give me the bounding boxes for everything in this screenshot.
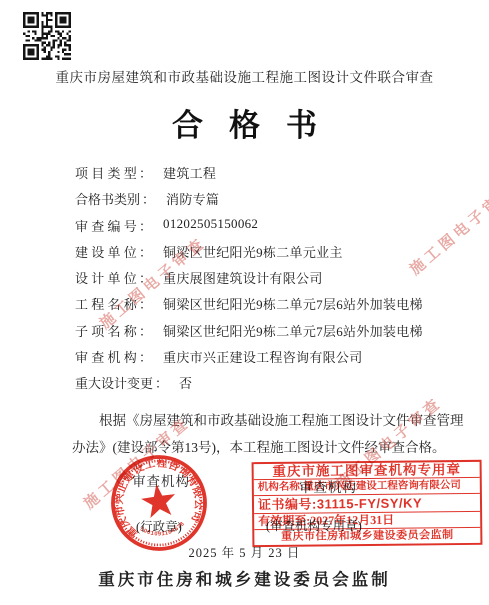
field-value: 消防专篇 — [166, 189, 219, 208]
field-row-subitem-name: 子 项 名 称： 铜梁区世纪阳光9栋二单元7层6站外加装电梯 — [75, 321, 475, 347]
field-colon: ： — [139, 163, 152, 182]
document-title: 重庆市房屋建筑和市政基础设施工程施工图设计文件联合审查 — [0, 66, 489, 86]
certificate-page: 重庆市房屋建筑和市政基础设施工程施工图设计文件联合审查 合格书 项 目 类 型：… — [0, 0, 489, 605]
certificate-title: 合格书 — [0, 100, 489, 145]
stamp-issuer: 重庆市住房和城乡建设委员会监制 — [254, 526, 480, 544]
field-value: 铜梁区世纪阳光9栋二单元7层6站外加装电梯 — [163, 321, 423, 340]
round-company-seal: 重庆市兴正建设工程咨询有限公司 5001091184678 — [102, 446, 215, 561]
footer-issuer: 重庆市住房和城乡建设委员会监制 — [0, 566, 489, 590]
field-colon: ： — [139, 242, 152, 261]
svg-text:5001091184678: 5001091184678 — [138, 520, 187, 540]
field-value: 铜梁区世纪阳光9栋二单元7层6站外加装电梯 — [163, 294, 423, 313]
qr-code-icon — [23, 12, 71, 60]
field-label: 审 查 机 构 — [75, 347, 137, 366]
rect-review-stamp: 重庆市施工图审查机构专用章 机构名称:重庆市兴正建设工程咨询有限公司 证书编号:… — [252, 460, 483, 547]
stamp-org-name: 机构名称:重庆市兴正建设工程咨询有限公司 — [254, 477, 480, 495]
field-value: 建筑工程 — [163, 163, 216, 182]
field-label: 设 计 单 位 — [75, 268, 137, 287]
field-colon: ： — [142, 189, 155, 208]
field-colon: ： — [139, 321, 152, 340]
field-value: 重庆市兴正建设工程咨询有限公司 — [163, 347, 363, 366]
star-icon — [139, 482, 177, 519]
field-label: 建 设 单 位 — [75, 242, 137, 261]
stamp-cert-number: 证书编号:31115-FY/SY/KY — [254, 493, 480, 513]
field-label: 项 目 类 型 — [75, 163, 137, 182]
field-row-major-design-change: 重大设计变更： 否 — [75, 373, 475, 399]
field-row-review-number: 审 查 编 号： 01202505150062 — [75, 216, 475, 242]
field-row-review-org: 审 查 机 构： 重庆市兴正建设工程咨询有限公司 — [75, 347, 475, 373]
field-value: 否 — [179, 373, 192, 392]
field-row-cert-category: 合格书类别： 消防专篇 — [75, 189, 475, 215]
field-value: 01202505150062 — [163, 216, 258, 232]
field-colon: ： — [155, 373, 168, 392]
field-colon: ： — [139, 347, 152, 366]
field-list: 项 目 类 型： 建筑工程 合格书类别： 消防专篇 审 查 编 号： 01202… — [75, 163, 475, 400]
field-colon: ： — [139, 216, 152, 235]
field-value: 重庆展图建筑设计有限公司 — [163, 268, 323, 287]
stamp-title: 重庆市施工图审查机构专用章 — [254, 462, 480, 479]
issue-date: 2025 年 5 月 23 日 — [0, 543, 489, 561]
field-label: 重大设计变更 — [75, 373, 153, 392]
field-label: 合格书类别 — [75, 189, 140, 208]
field-label: 审 查 编 号 — [75, 216, 137, 235]
seal-serial-number: 5001091184678 — [138, 520, 187, 540]
field-row-project-type: 项 目 类 型： 建筑工程 — [75, 163, 475, 189]
